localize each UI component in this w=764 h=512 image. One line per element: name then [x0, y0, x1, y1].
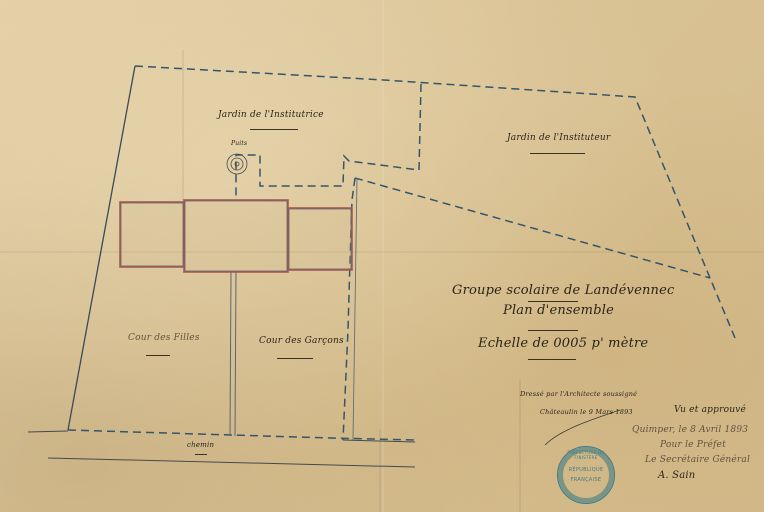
building-right — [288, 208, 352, 270]
prefecture-stamp: PRÉFECTURE DU FINISTÈRE RÉPUBLIQUE FRANÇ… — [557, 446, 615, 504]
approval-signature: A. Sain — [658, 470, 695, 481]
underline — [195, 454, 207, 455]
underline — [530, 153, 585, 154]
road-chemin — [28, 431, 415, 467]
stamp-inner-line-2: FRANÇAISE — [558, 477, 614, 483]
approval-line-1: Vu et approuvé — [674, 405, 746, 415]
building-left — [120, 202, 184, 267]
title-line-3-scale: Echelle de 0005 p' mètre — [478, 336, 648, 351]
approval-line-3: Pour le Préfet — [660, 440, 726, 450]
underline — [528, 301, 578, 302]
underline — [250, 129, 298, 130]
label-cour-garcons: Cour des Garçons — [259, 336, 344, 346]
underline — [528, 359, 576, 360]
label-cour-filles: Cour des Filles — [128, 333, 200, 343]
title-line-1: Groupe scolaire de Landévennec — [452, 283, 675, 298]
underline — [146, 355, 170, 356]
right-court-wall — [353, 178, 357, 440]
label-chemin: chemin — [187, 441, 214, 449]
label-jardin-institutrice: Jardin de l'Institutrice — [218, 110, 324, 120]
site-plan-drawing — [0, 0, 764, 512]
stamp-outer-text: PRÉFECTURE DU FINISTÈRE — [558, 450, 614, 460]
label-jardin-instituteur: Jardin de l'Instituteur — [507, 133, 610, 143]
well-icon — [227, 154, 247, 174]
stamp-inner-line-1: RÉPUBLIQUE — [558, 467, 614, 473]
label-puits: Puits — [231, 140, 247, 147]
drawn-by-text: Dressé par l'Architecte soussigné — [520, 390, 637, 398]
courtyard-divider-wall — [230, 272, 236, 436]
plan-sheet: Jardin de l'Institutrice Jardin de l'Ins… — [0, 0, 764, 512]
title-line-2: Plan d'ensemble — [503, 303, 614, 318]
school-buildings — [120, 200, 352, 272]
building-center — [184, 200, 288, 272]
approval-line-4: Le Secrétaire Général — [645, 455, 750, 465]
place-date-text: Châteaulin le 9 Mars 1893 — [540, 408, 633, 416]
underline — [277, 358, 313, 359]
approval-line-2: Quimper, le 8 Avril 1893 — [632, 425, 748, 435]
underline — [528, 330, 578, 331]
